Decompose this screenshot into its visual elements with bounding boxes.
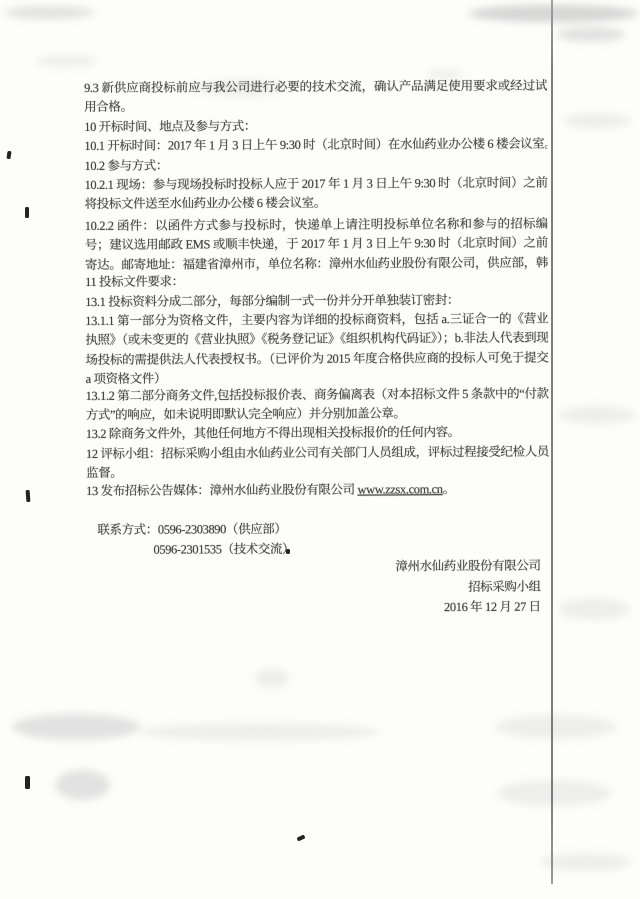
website-url: www.zzsx.com.cn [357, 482, 442, 496]
scan-smudge [563, 113, 631, 129]
clause-11: 11 投标文件要求： [85, 271, 548, 293]
scan-smudge [556, 27, 626, 42]
document-body: 9.3 新供应商投标前应与我公司进行必要的技术交流，确认产品满足使用要求或经过试… [84, 76, 550, 643]
scan-smudge [140, 723, 380, 741]
clause-9-3: 9.3 新供应商投标前应与我公司进行必要的技术交流，确认产品满足使用要求或经过试… [84, 77, 547, 119]
clause-10-2-1: 10.2.1 现场：参与现场投标时投标人应于 2017 年 1 月 3 日上午 … [85, 174, 548, 216]
paper-fold-line [551, 0, 553, 884]
media-line-period: 。 [443, 482, 455, 496]
scan-smudge [468, 5, 638, 22]
scan-smudge [255, 668, 289, 688]
ink-mark [6, 151, 11, 159]
contact-phone-supply: 联系方式：0596-2303890（供应部） [97, 519, 397, 541]
ink-mark [26, 490, 31, 502]
clause-10-2-2: 10.2.2 函件：以函件方式参与投标时，快递单上请注明投标单位名称和参与的招标… [85, 215, 548, 276]
scan-smudge [497, 780, 612, 806]
ink-mark [25, 207, 29, 218]
clause-13-media: 13 发布招标公告媒体：漳州水仙药业股份有限公司 www.zzsx.com.cn… [86, 480, 549, 502]
scan-smudge [12, 714, 140, 740]
clause-10-1: 10.1 开标时间：2017 年 1 月 3 日上午 9:30 时（北京时间）在… [84, 135, 547, 157]
signature-block: 漳州水仙药业股份有限公司 招标采购小组 2016 年 12 月 27 日 [237, 556, 541, 619]
scan-smudge [35, 55, 97, 67]
scan-smudge [55, 770, 110, 800]
clause-13-1-1: 13.1.1 第一部分为资格文件，主要内容为详细的投标商资料，包括 a.三证合一… [85, 310, 548, 391]
media-line-text: 13 发布招标公告媒体：漳州水仙药业股份有限公司 [86, 483, 357, 498]
scan-smudge [558, 406, 636, 424]
ink-mark [25, 776, 30, 789]
scan-smudge [495, 715, 617, 739]
scan-smudge [540, 853, 632, 871]
signature-date: 2016 年 12 月 27 日 [237, 597, 541, 619]
clause-13-2: 13.2 除商务文件外，其他任何地方不得出现相关投标报价的任何内容。 [86, 423, 549, 445]
scan-smudge [4, 6, 94, 19]
scanned-document-page: 9.3 新供应商投标前应与我公司进行必要的技术交流，确认产品满足使用要求或经过试… [0, 0, 640, 899]
clause-12: 12 评标小组：招标采购小组由水仙药业公司有关部门人员组成，评标过程接受纪检人员… [86, 443, 549, 485]
clause-13-1-2: 13.1.2 第二部分商务文件,包括投标报价表、商务偏离表（对本招标文件 5 条… [86, 385, 549, 427]
signature-team: 招标采购小组 [237, 576, 541, 598]
ink-mark [297, 834, 306, 841]
scan-smudge [558, 598, 630, 620]
signature-company: 漳州水仙药业股份有限公司 [237, 556, 541, 578]
